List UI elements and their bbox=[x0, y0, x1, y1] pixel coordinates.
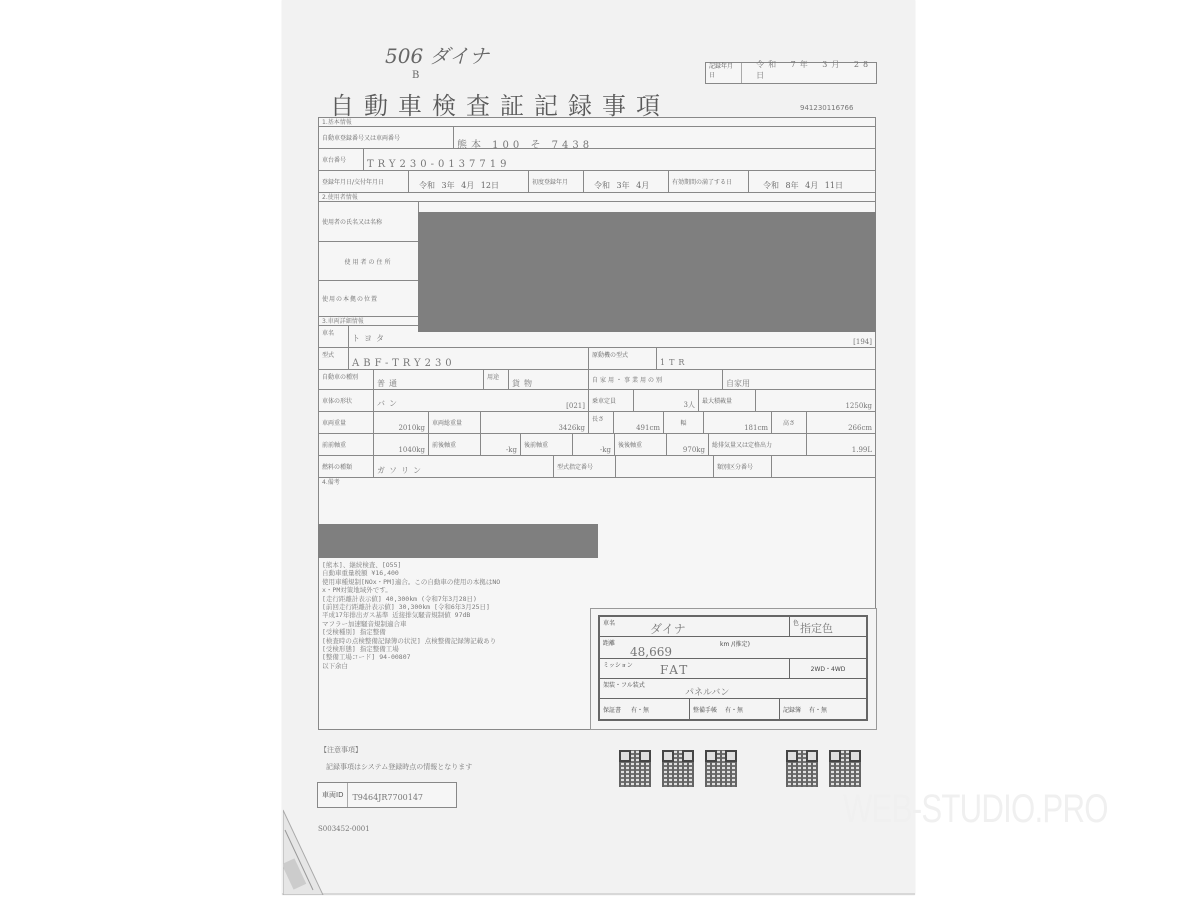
registration-row: 自動車登録番号又は車両番号 熊本 100 そ 7438 bbox=[319, 127, 875, 149]
note-line: x・PM対策地域外です。 bbox=[322, 586, 500, 594]
fuel-row: 燃料の種類 ガソリン 型式指定番号 類別区分番号 bbox=[319, 456, 875, 478]
base-location-label: 使用の本拠の位置 bbox=[319, 281, 419, 316]
card-bodywork-value: パネルバン bbox=[685, 685, 729, 698]
ff-axle-label: 前前軸重 bbox=[319, 434, 374, 455]
vehicle-info-card: 車名 ダイナ 色 指定色 距離 48,669 km /(推定) ミッション FA… bbox=[590, 608, 877, 730]
notes-list: [熊本]、継続検査、[O55] 自動車重量税額 ¥16,400 使用車種規制[N… bbox=[322, 561, 500, 670]
category-value bbox=[772, 456, 875, 477]
record-date-box: 記録年月日 令和 7年 3月 28日 bbox=[705, 62, 877, 84]
capacity-label: 乗車定員 bbox=[589, 390, 634, 411]
redacted-user-info bbox=[418, 212, 876, 332]
folded-corner-icon bbox=[283, 800, 343, 895]
gross-label: 車両総重量 bbox=[429, 412, 481, 433]
card-color-value: 指定色 bbox=[800, 620, 833, 636]
record-date-value: 令和 7年 3月 28日 bbox=[742, 59, 876, 83]
width-value: 181cm bbox=[744, 424, 768, 432]
engine-value: 1TR bbox=[660, 358, 688, 367]
category-label: 類別区分番号 bbox=[714, 456, 772, 477]
engine-label: 原動機の型式 bbox=[589, 348, 657, 369]
note-line: [整備工場コード] 94-00807 bbox=[322, 653, 500, 661]
ff-axle-value: 1040kg bbox=[398, 446, 425, 454]
card-bodywork-label: 架装・フル装式 bbox=[603, 682, 645, 689]
qr-code-icon bbox=[662, 750, 694, 787]
card-mileage-unit: km /(推定) bbox=[720, 639, 750, 648]
qr-code-icon bbox=[829, 750, 861, 787]
document-number: 941230116766 bbox=[800, 104, 853, 112]
user-address-label: 使用者の住所 bbox=[319, 242, 419, 280]
length-value: 491cm bbox=[636, 424, 660, 432]
qr-code-icon bbox=[619, 750, 651, 787]
axle-row: 前前軸重 1040kg 前後軸重 -kg 後前軸重 -kg 後後軸重 970kg… bbox=[319, 434, 875, 456]
fuel-value: ガソリン bbox=[377, 466, 425, 475]
type-value: 普通 bbox=[377, 379, 401, 388]
expiry-label: 有効期間の満了する日 bbox=[669, 171, 749, 192]
record-date-label: 記録年月日 bbox=[706, 63, 742, 83]
weight-value: 2010kg bbox=[398, 424, 425, 432]
note-line: 自動車重量税額 ¥16,400 bbox=[322, 569, 500, 577]
first-reg-label: 初度登録年月 bbox=[529, 171, 584, 192]
height-label: 高さ bbox=[772, 412, 807, 433]
make-code: [194] bbox=[853, 338, 872, 346]
qr-code-icon bbox=[786, 750, 818, 787]
handwritten-note: 506 ダイナ bbox=[385, 40, 489, 69]
make-value: トヨタ bbox=[352, 334, 388, 343]
length-label: 長さ bbox=[589, 412, 614, 433]
card-mileage-value: 48,669 bbox=[630, 645, 672, 659]
section-user-heading: 2.使用者情報 bbox=[319, 193, 875, 202]
private-value: 自家用 bbox=[726, 379, 750, 388]
document-title: 自動車検査証記録事項 bbox=[330, 86, 670, 121]
type-designation-value bbox=[616, 456, 714, 477]
max-load-value: 1250kg bbox=[845, 402, 872, 410]
max-load-label: 最大積載量 bbox=[699, 390, 756, 411]
body-code: [021] bbox=[566, 402, 585, 410]
qr-code-icon bbox=[705, 750, 737, 787]
first-reg-value: 令和 3年 4月 bbox=[584, 171, 669, 192]
height-value: 266cm bbox=[848, 424, 872, 432]
note-line: 平成17年排出ガス基準 近接排気騒音規制値 97dB bbox=[322, 611, 500, 619]
model-value: ABF-TRY230 bbox=[352, 358, 456, 369]
body-label: 車体の形状 bbox=[319, 390, 374, 411]
notice-text: 記録事項はシステム登録時点の情報となります bbox=[326, 762, 472, 772]
type-designation-label: 型式指定番号 bbox=[554, 456, 616, 477]
type-row: 自動車の種別 普通 用途 貨物 自家用・事業用の別 自家用 bbox=[319, 370, 875, 390]
card-record-value: 有・無 bbox=[809, 705, 827, 714]
chassis-value: TRY230-0137719 bbox=[367, 159, 511, 170]
page-edge bbox=[282, 893, 915, 895]
expiry-value: 令和 8年 4月 11日 bbox=[749, 171, 875, 192]
width-label: 幅 bbox=[664, 412, 704, 433]
card-maintenance-value: 有・無 bbox=[725, 705, 743, 714]
displacement-value: 1.99L bbox=[852, 446, 872, 454]
model-label: 型式 bbox=[319, 348, 349, 369]
watermark: WEB-STUDIO.PRO bbox=[843, 787, 1108, 832]
section-notes-heading: 4.備考 bbox=[319, 478, 875, 487]
chassis-row: 車台番号 TRY230-0137719 bbox=[319, 149, 875, 171]
registration-label: 自動車登録番号又は車両番号 bbox=[319, 127, 454, 148]
card-make-label: 車名 bbox=[603, 620, 615, 627]
rr-axle-label: 後後軸重 bbox=[615, 434, 667, 455]
card-warranty-value: 有・無 bbox=[631, 705, 649, 714]
use-label: 用途 bbox=[484, 370, 509, 389]
rf-axle-label: 後前軸重 bbox=[521, 434, 573, 455]
rf-axle-value: -kg bbox=[600, 446, 611, 454]
fr-axle-value: -kg bbox=[506, 446, 517, 454]
weight-row: 車両重量 2010kg 車両総重量 3426kg 長さ 491cm 幅 181c… bbox=[319, 412, 875, 434]
section-basic-heading: 1.基本情報 bbox=[319, 118, 875, 127]
card-mission-label: ミッション bbox=[603, 662, 633, 669]
rr-axle-value: 970kg bbox=[683, 446, 705, 454]
model-row: 型式 ABF-TRY230 原動機の型式 1TR bbox=[319, 348, 875, 370]
capacity-value: 3人 bbox=[684, 400, 695, 410]
notice-heading: 【注意事項】 bbox=[320, 745, 362, 755]
note-line: [検査時の点検整備記録簿の状況] 点検整備記録簿記載あり bbox=[322, 637, 500, 645]
note-line: マフラー加速騒音規制適合車 bbox=[322, 620, 500, 628]
note-line: [受検種別] 指定整備 bbox=[322, 628, 500, 636]
card-mileage-label: 距離 bbox=[603, 640, 615, 647]
card-make-value: ダイナ bbox=[650, 620, 686, 637]
body-value: バン bbox=[377, 399, 401, 408]
card-record-label: 記録簿 bbox=[783, 705, 801, 714]
note-line: 使用車種規制[NOx・PM]適合。この自動車の使用の本拠はNO bbox=[322, 578, 500, 586]
fuel-label: 燃料の種類 bbox=[319, 456, 374, 477]
type-label: 自動車の種別 bbox=[319, 370, 374, 389]
reg-date-label: 登録年月日/交付年月日 bbox=[319, 171, 409, 192]
card-color-label: 色 bbox=[793, 620, 799, 627]
chassis-label: 車台番号 bbox=[319, 149, 364, 170]
gross-value: 3426kg bbox=[558, 424, 585, 432]
reg-date-value: 令和 3年 4月 12日 bbox=[409, 171, 529, 192]
private-label: 自家用・事業用の別 bbox=[589, 370, 723, 389]
user-name-label: 使用者の氏名又は名称 bbox=[319, 202, 419, 241]
card-drive-value: 2WD・4WD bbox=[790, 659, 866, 678]
dates-row: 登録年月日/交付年月日 令和 3年 4月 12日 初度登録年月 令和 3年 4月… bbox=[319, 171, 875, 193]
body-row: 車体の形状 バン [021] 乗車定員 3人 最大積載量 1250kg bbox=[319, 390, 875, 412]
card-maintenance-label: 整備手帳 bbox=[693, 705, 717, 714]
redacted-notes bbox=[318, 524, 598, 558]
card-mission-value: FAT bbox=[660, 663, 689, 677]
make-label: 車名 bbox=[319, 326, 349, 347]
use-value: 貨物 bbox=[512, 379, 536, 388]
marker-letter: B bbox=[412, 70, 419, 81]
vehicle-id-value: T9464JR7700147 bbox=[348, 783, 423, 807]
displacement-label: 総排気量又は定格出力 bbox=[709, 434, 807, 455]
note-line: [走行距離計表示値] 40,300km (令和7年3月28日) bbox=[322, 595, 500, 603]
note-line: 以下余白 bbox=[322, 662, 500, 670]
fr-axle-label: 前後軸重 bbox=[429, 434, 481, 455]
weight-label: 車両重量 bbox=[319, 412, 374, 433]
card-warranty-label: 保証書 bbox=[603, 705, 621, 714]
